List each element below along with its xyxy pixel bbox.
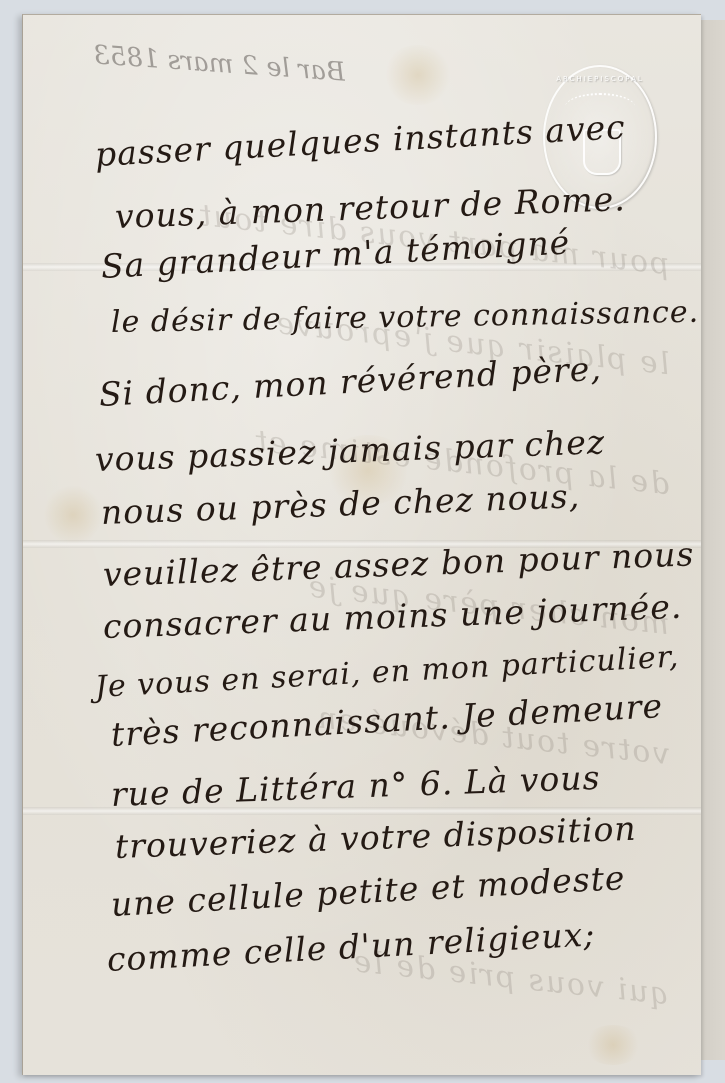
letter-line: passer quelques instants avec [94, 107, 627, 174]
letter-line: comme celle d'un religieux; [106, 914, 596, 979]
letter-line: veuillez être assez bon pour nous [102, 534, 695, 594]
letter-line: vous passiez jamais par chez [94, 422, 605, 479]
letter-line: rue de Littéra n° 6. Là vous [110, 758, 601, 814]
letter-body: passer quelques instants avec vous, à mo… [23, 15, 701, 1075]
letter-line: trouveriez à votre disposition [114, 809, 637, 866]
letter-line: le désir de faire votre connaissance. [111, 295, 700, 340]
letter-line: une cellule petite et modeste [110, 858, 626, 924]
letter-page: pour ma part vous dire tout le plaisir q… [22, 14, 701, 1075]
letter-line: nous ou près de chez nous, [100, 476, 580, 532]
letter-line: consacrer au moins une journée. [102, 587, 683, 646]
letter-line: Si donc, mon révérend père, [98, 349, 603, 414]
